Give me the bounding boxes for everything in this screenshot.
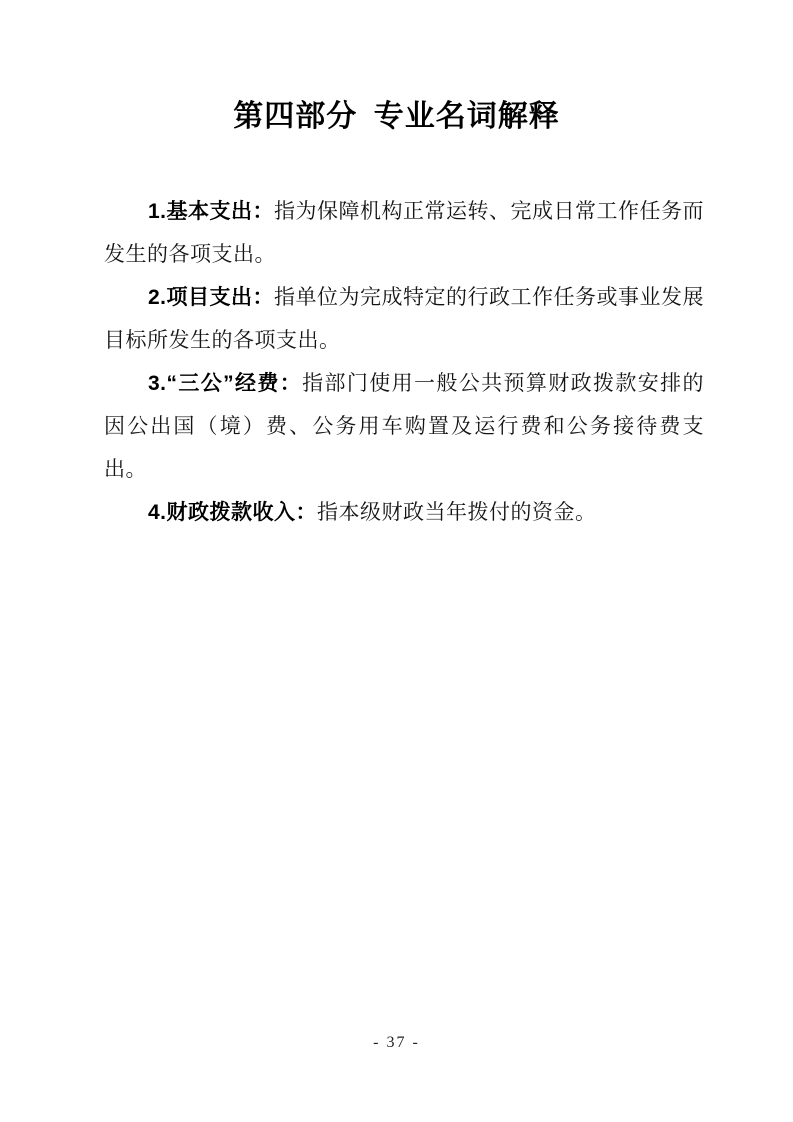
term-label: 1.基本支出： — [148, 200, 274, 223]
term-label: 3.“三公”经费： — [148, 372, 302, 395]
term-item: 3.“三公”经费：指部门使用一般公共预算财政拨款安排的因公出国（境）费、公务用车… — [104, 362, 704, 491]
term-list: 1.基本支出：指为保障机构正常运转、完成日常工作任务而发生的各项支出。 2.项目… — [104, 190, 704, 534]
term-item: 1.基本支出：指为保障机构正常运转、完成日常工作任务而发生的各项支出。 — [104, 190, 704, 276]
document-page: 第四部分 专业名词解释 1.基本支出：指为保障机构正常运转、完成日常工作任务而发… — [0, 0, 793, 1122]
page-number: - 37 - — [0, 1033, 793, 1053]
page-title: 第四部分 专业名词解释 — [0, 94, 793, 140]
term-label: 2.项目支出： — [148, 286, 274, 309]
term-definition: 指本级财政当年拨付的资金。 — [317, 500, 597, 524]
term-item: 2.项目支出：指单位为完成特定的行政工作任务或事业发展目标所发生的各项支出。 — [104, 276, 704, 362]
term-label: 4.财政拨款收入： — [148, 501, 317, 524]
term-item: 4.财政拨款收入：指本级财政当年拨付的资金。 — [104, 491, 704, 534]
